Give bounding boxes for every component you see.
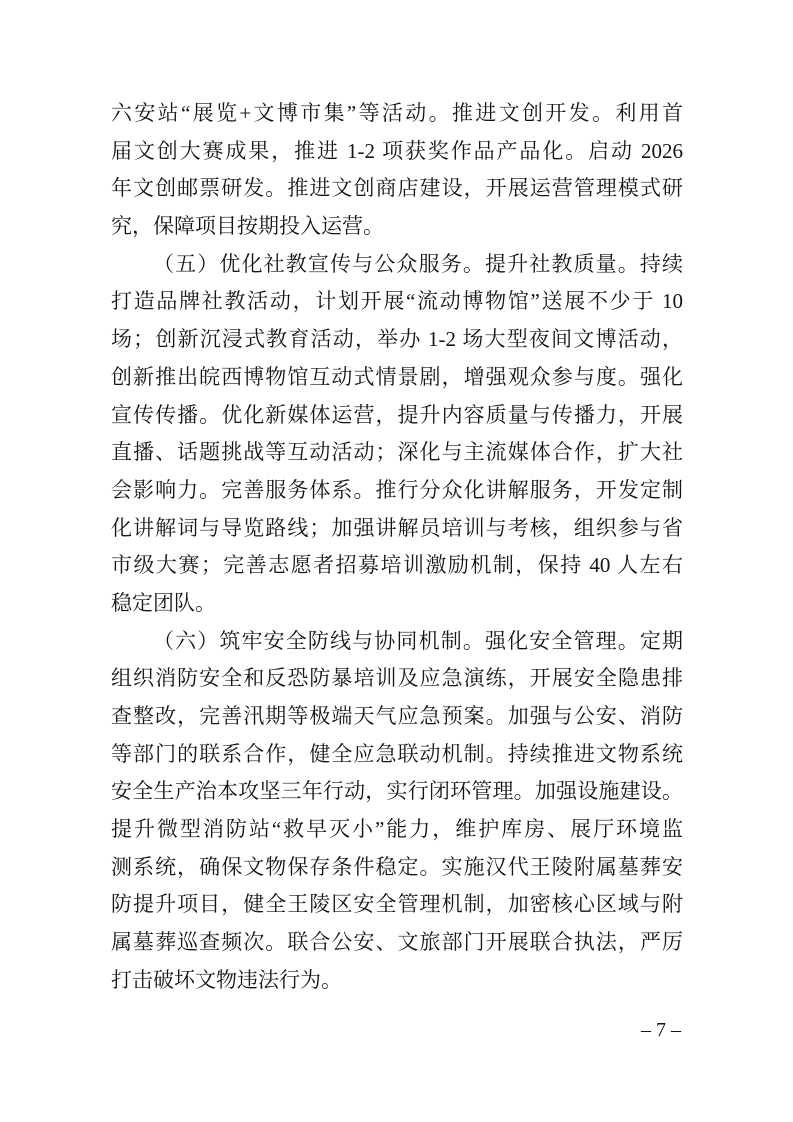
text-line: 组织消防安全和反恐防暴培训及应急演练，开展安全隐患排 [111, 660, 683, 698]
document-page: 六安站“展览+文博市集”等活动。推进文创开发。利用首届文创大赛成果，推进 1-2… [0, 0, 793, 1122]
text-line: 防提升项目，健全王陵区安全管理机制，加密核心区域与附 [111, 886, 683, 924]
text-line: 直播、话题挑战等互动活动；深化与主流媒体合作，扩大社 [111, 434, 683, 472]
text-line: 究，保障项目按期投入运营。 [111, 208, 683, 246]
text-line: 场；创新沉浸式教育活动，举办 1-2 场大型夜间文博活动， [111, 321, 683, 359]
text-line: 测系统，确保文物保存条件稳定。实施汉代王陵附属墓葬安 [111, 849, 683, 887]
text-line: 打造品牌社教活动，计划开展“流动博物馆”送展不少于 10 [111, 283, 683, 321]
text-line: 会影响力。完善服务体系。推行分众化讲解服务，开发定制 [111, 472, 683, 510]
text-line: 稳定团队。 [111, 585, 683, 623]
text-line: 创新推出皖西博物馆互动式情景剧，增强观众参与度。强化 [111, 359, 683, 397]
text-line: 安全生产治本攻坚三年行动，实行闭环管理。加强设施建设。 [111, 773, 683, 811]
text-line: （五）优化社教宣传与公众服务。提升社教质量。持续 [111, 246, 683, 284]
text-line: 查整改，完善汛期等极端天气应急预案。加强与公安、消防 [111, 698, 683, 736]
text-line: 宣传传播。优化新媒体运营，提升内容质量与传播力，开展 [111, 397, 683, 435]
text-line: 化讲解词与导览路线；加强讲解员培训与考核，组织参与省 [111, 510, 683, 548]
text-line: 属墓葬巡查频次。联合公安、文旅部门开展联合执法，严厉 [111, 924, 683, 962]
text-line: （六）筑牢安全防线与协同机制。强化安全管理。定期 [111, 623, 683, 661]
text-line: 届文创大赛成果，推进 1-2 项获奖作品产品化。启动 2026 [111, 133, 683, 171]
text-line: 等部门的联系合作，健全应急联动机制。持续推进文物系统 [111, 736, 683, 774]
text-line: 提升微型消防站“救早灭小”能力，维护库房、展厅环境监 [111, 811, 683, 849]
page-number: – 7 – [641, 1018, 681, 1042]
document-body: 六安站“展览+文博市集”等活动。推进文创开发。利用首届文创大赛成果，推进 1-2… [111, 95, 683, 1000]
text-line: 市级大赛；完善志愿者招募培训激励机制，保持 40 人左右 [111, 547, 683, 585]
text-line: 六安站“展览+文博市集”等活动。推进文创开发。利用首 [111, 95, 683, 133]
text-line: 打击破坏文物违法行为。 [111, 962, 683, 1000]
text-line: 年文创邮票研发。推进文创商店建设，开展运营管理模式研 [111, 170, 683, 208]
